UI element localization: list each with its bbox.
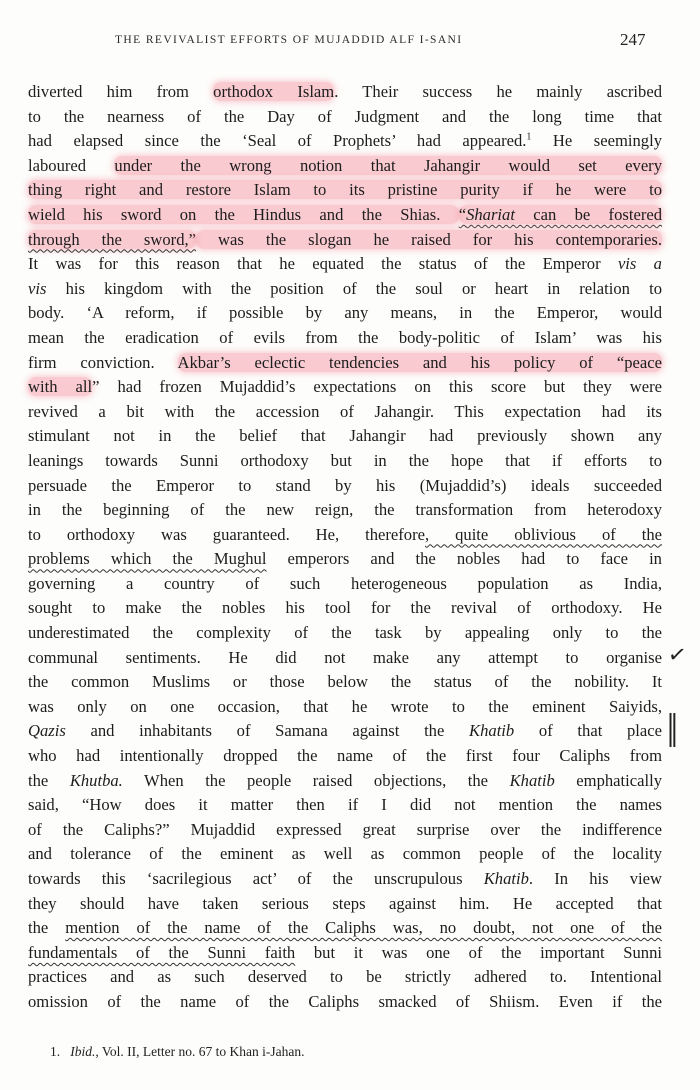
text-line: mean the eradication of evils from the b… xyxy=(28,326,662,351)
footnote-ibid: Ibid., xyxy=(70,1044,99,1059)
text-line: fundamentals of the Sunni faith but it w… xyxy=(28,941,662,966)
text-line: had elapsed since the ‘Seal of Prophets’… xyxy=(28,129,662,154)
highlighted-text: Akbar’s eclectic tendencies and his poli… xyxy=(178,353,662,372)
running-head: The Revivalist Efforts of Mujaddid Alf I… xyxy=(115,34,463,46)
highlighted-text: orthodox Islam xyxy=(213,82,334,101)
text-run: said, “How does it matter then if I did … xyxy=(28,795,662,814)
text-run: When the people raised objections, the xyxy=(123,771,510,790)
text-run: of the Caliphs?” Mujaddid expressed grea… xyxy=(28,820,662,839)
highlighted-text: with all xyxy=(28,377,92,396)
highlighted-underlined-text: through the sword,” xyxy=(28,230,196,249)
italic-term: vis xyxy=(28,279,46,298)
highlighted-underlined-text: “Shariat can be fostered xyxy=(459,205,662,224)
text-line: wield his sword on the Hindus and the Sh… xyxy=(28,203,662,228)
text-line: persuade the Emperor to stand by his (Mu… xyxy=(28,474,662,499)
text-line: with all” had frozen Mujaddid’s expectat… xyxy=(28,375,662,400)
text-line: communal sentiments. He did not make any… xyxy=(28,646,662,671)
check-mark-icon: ✓ xyxy=(666,642,688,669)
highlighted-text: thing right and restore Islam to its pri… xyxy=(28,180,662,199)
text-line: governing a country of such heterogeneou… xyxy=(28,572,662,597)
text-run: diverted him from xyxy=(28,82,213,101)
page-header: The Revivalist Efforts of Mujaddid Alf I… xyxy=(0,30,700,54)
text-run: was only on one occasion, that he wrote … xyxy=(28,697,662,716)
text-run: of that place xyxy=(514,721,662,740)
text-line: was only on one occasion, that he wrote … xyxy=(28,695,662,720)
text-line: practices and as such deserved to be str… xyxy=(28,965,662,990)
text-line: the common Muslims or those below the st… xyxy=(28,670,662,695)
text-run: communal sentiments. He did not make any… xyxy=(28,648,662,667)
text-run: his kingdom with the position of the sou… xyxy=(46,279,662,298)
underlined-text: mention of the name of the Caliphs was, … xyxy=(65,918,662,937)
text-line: who had intentionally dropped the name o… xyxy=(28,744,662,769)
underlined-text: , quite oblivious of the xyxy=(425,525,662,544)
text-run: and inhabitants of Samana against the xyxy=(66,721,469,740)
text-run: the xyxy=(28,771,70,790)
text-run: sought to make the nobles his tool for t… xyxy=(28,598,662,617)
text-run: omission of the name of the Caliphs smac… xyxy=(28,992,662,1011)
text-run: leanings towards Sunni orthodoxy but in … xyxy=(28,451,662,470)
italic-term: vis a xyxy=(618,254,662,273)
text-line: thing right and restore Islam to its pri… xyxy=(28,178,662,203)
text-run: had elapsed since the ‘Seal of Prophets’… xyxy=(28,131,526,150)
text-line: and tolerance of the eminent as well as … xyxy=(28,842,662,867)
text-run: firm conviction. xyxy=(28,353,178,372)
text-run: but it was one of the important Sunni xyxy=(295,943,662,962)
book-page: The Revivalist Efforts of Mujaddid Alf I… xyxy=(0,0,700,1090)
text-line: the Khutba. When the people raised objec… xyxy=(28,769,662,794)
text-line: firm conviction. Akbar’s eclectic tenden… xyxy=(28,351,662,376)
text-line: through the sword,” was the slogan he ra… xyxy=(28,228,662,253)
text-run: revived a bit with the accession of Jaha… xyxy=(28,402,662,421)
page-number: 247 xyxy=(620,30,646,50)
highlighted-text: was the slogan he raised for his contemp… xyxy=(196,230,662,249)
italic-term: Khatib xyxy=(469,721,514,740)
text-line: omission of the name of the Caliphs smac… xyxy=(28,990,662,1015)
text-run: who had intentionally dropped the name o… xyxy=(28,746,662,765)
highlighted-text: under the wrong notion that Jahangir wou… xyxy=(114,156,662,175)
text-line: It was for this reason that he equated t… xyxy=(28,252,662,277)
text-line: body. ‘A reform, if possible by any mean… xyxy=(28,301,662,326)
text-run: mean the eradication of evils from the b… xyxy=(28,328,662,347)
text-run: to orthodoxy was guaranteed. He, therefo… xyxy=(28,525,425,544)
text-line: leanings towards Sunni orthodoxy but in … xyxy=(28,449,662,474)
text-run: . Their success he mainly ascribed xyxy=(334,82,662,101)
text-line: to the nearness of the Day of Judgment a… xyxy=(28,105,662,130)
text-line: towards this ‘sacrilegious act’ of the u… xyxy=(28,867,662,892)
text-run: and tolerance of the eminent as well as … xyxy=(28,844,662,863)
text-run: in the beginning of the new reign, the t… xyxy=(28,500,662,519)
text-run: underestimated the complexity of the tas… xyxy=(28,623,662,642)
margin-bracket-icon: ‖ xyxy=(667,708,679,748)
text-run: towards this ‘sacrilegious act’ of the u… xyxy=(28,869,484,888)
underlined-text: fundamentals of the Sunni faith xyxy=(28,943,295,962)
text-line: sought to make the nobles his tool for t… xyxy=(28,596,662,621)
text-run: the common Muslims or those below the st… xyxy=(28,672,662,691)
text-run: governing a country of such heterogeneou… xyxy=(28,574,662,593)
text-run: the xyxy=(28,918,65,937)
italic-term: Khatib xyxy=(510,771,555,790)
text-line: in the beginning of the new reign, the t… xyxy=(28,498,662,523)
text-line: of the Caliphs?” Mujaddid expressed grea… xyxy=(28,818,662,843)
text-run: body. ‘A reform, if possible by any mean… xyxy=(28,303,662,322)
text-line: laboured under the wrong notion that Jah… xyxy=(28,154,662,179)
text-run: It was for this reason that he equated t… xyxy=(28,254,618,273)
highlighted-text: wield his sword on the Hindus and the Sh… xyxy=(28,205,459,224)
text-run: emperors and the nobles had to face in xyxy=(266,549,662,568)
text-run: persuade the Emperor to stand by his (Mu… xyxy=(28,476,662,495)
italic-term: Qazis xyxy=(28,721,66,740)
text-line: stimulant not in the belief that Jahangi… xyxy=(28,424,662,449)
text-line: to orthodoxy was guaranteed. He, therefo… xyxy=(28,523,662,548)
italic-term: Khatib xyxy=(484,869,529,888)
text-line: vis his kingdom with the position of the… xyxy=(28,277,662,302)
text-run: laboured xyxy=(28,156,114,175)
text-line: said, “How does it matter then if I did … xyxy=(28,793,662,818)
text-line: Qazis and inhabitants of Samana against … xyxy=(28,719,662,744)
text-line: underestimated the complexity of the tas… xyxy=(28,621,662,646)
text-line: diverted him from orthodox Islam. Their … xyxy=(28,80,662,105)
text-run: . In his view xyxy=(529,869,662,888)
text-run: to the nearness of the Day of Judgment a… xyxy=(28,107,662,126)
text-run: they should have taken serious steps aga… xyxy=(28,894,662,913)
footnote-text: Vol. II, Letter no. 67 to Khan i-Jahan. xyxy=(99,1044,305,1059)
text-run: practices and as such deserved to be str… xyxy=(28,967,662,986)
text-line: revived a bit with the accession of Jaha… xyxy=(28,400,662,425)
body-text: diverted him from orthodox Islam. Their … xyxy=(28,80,662,1015)
text-line: they should have taken serious steps aga… xyxy=(28,892,662,917)
italic-term: Khutba. xyxy=(70,771,123,790)
text-run: stimulant not in the belief that Jahangi… xyxy=(28,426,662,445)
underlined-text: problems which the Mughul xyxy=(28,549,266,568)
text-line: problems which the Mughul emperors and t… xyxy=(28,547,662,572)
text-run: emphatically xyxy=(555,771,662,790)
text-run: ” had frozen Mujaddid’s expectations on … xyxy=(92,377,662,396)
footnote-number: 1. xyxy=(50,1044,60,1059)
footnote: 1. Ibid., Vol. II, Letter no. 67 to Khan… xyxy=(50,1044,304,1060)
text-run: He seemingly xyxy=(531,131,662,150)
text-line: the mention of the name of the Caliphs w… xyxy=(28,916,662,941)
